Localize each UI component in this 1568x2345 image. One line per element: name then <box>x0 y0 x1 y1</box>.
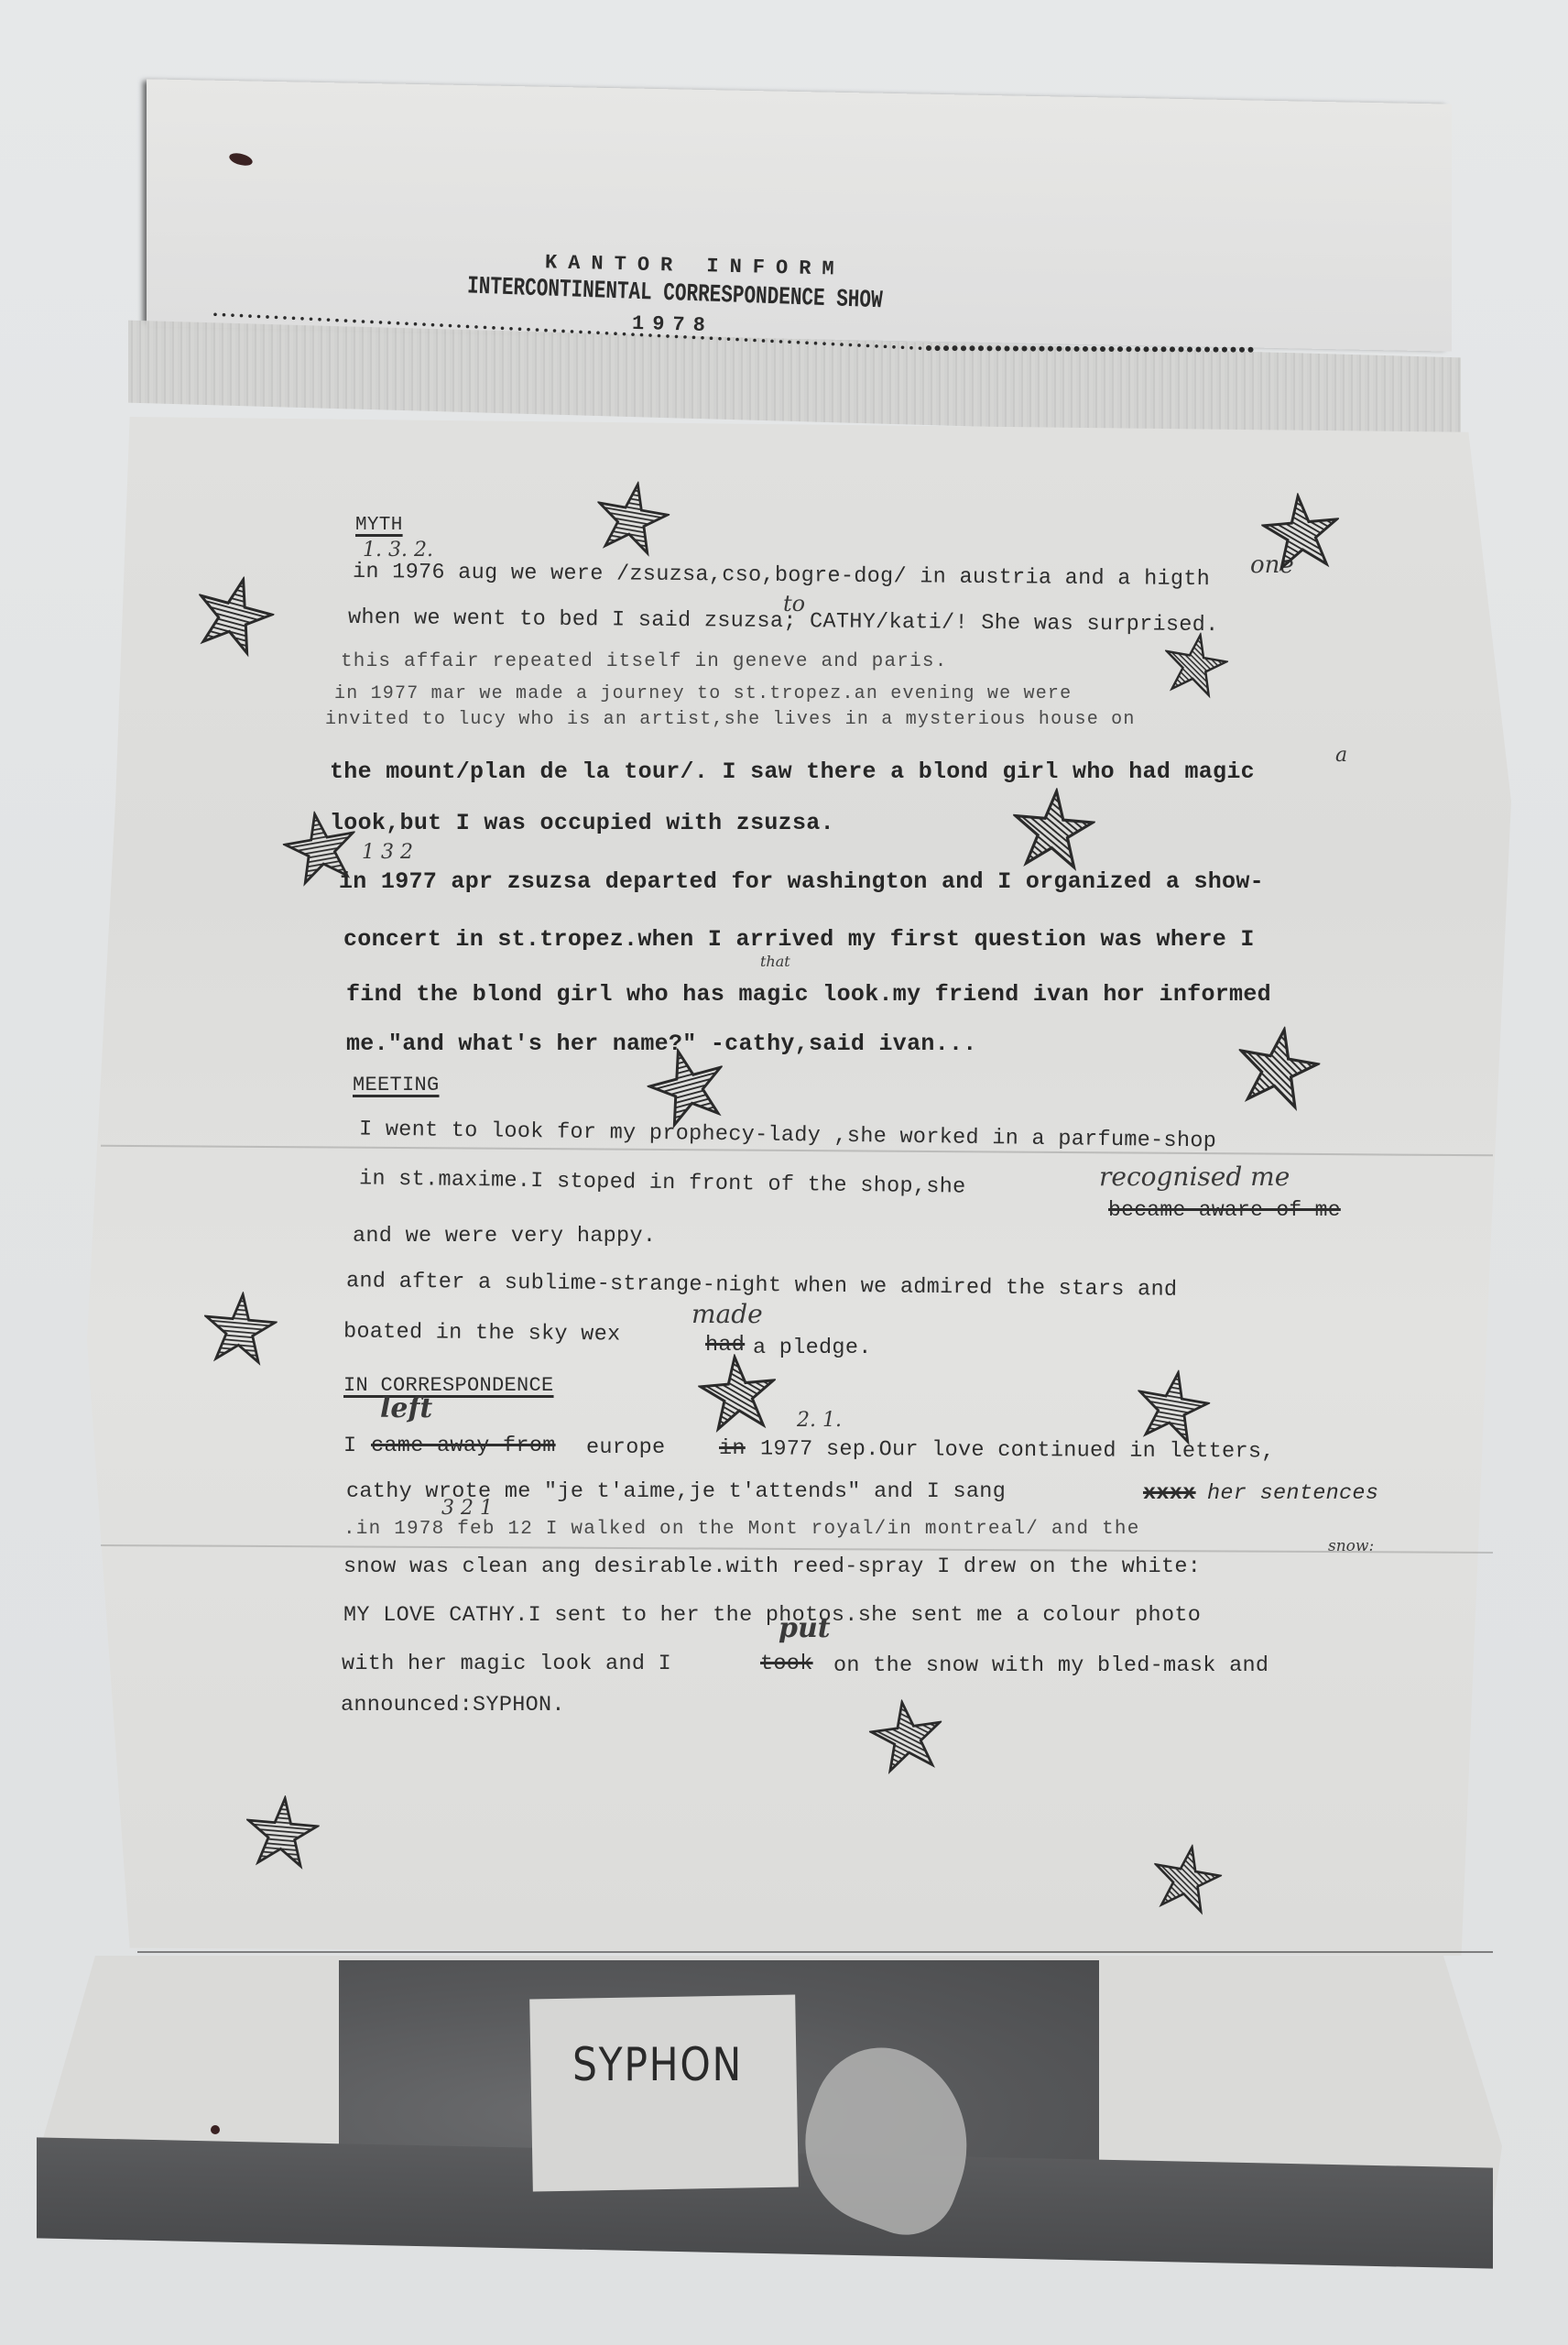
struck-text: in <box>719 1436 746 1461</box>
star-stamp-icon <box>243 1793 322 1872</box>
struck-text: took <box>760 1652 813 1676</box>
section-heading-meeting: MEETING <box>353 1074 440 1096</box>
text-line: in 1977 apr zsuzsa departed for washingt… <box>339 868 1264 895</box>
text-line: on the snow with my bled-mask and <box>833 1653 1269 1678</box>
handwritten-annotation: that <box>760 953 790 970</box>
text-line: .in 1978 feb 12 I walked on the Mont roy… <box>343 1519 1140 1540</box>
margin-numbers: 2. 1. <box>797 1409 842 1432</box>
star-stamp-icon <box>1130 1364 1215 1449</box>
star-stamp-icon <box>1008 784 1098 874</box>
struck-text: became aware of me <box>1108 1198 1341 1222</box>
star-stamp-icon <box>278 805 364 890</box>
handwritten-annotation: recognised me <box>1099 1162 1290 1192</box>
margin-numbers: 3 2 1 <box>441 1497 493 1520</box>
text-line: the mount/plan de la tour/. I saw there … <box>330 758 1255 785</box>
text-line: snow was clean ang desirable.with reed-s… <box>343 1554 1201 1579</box>
photo-sign <box>529 1994 799 2191</box>
fold-crease <box>137 1951 1493 1953</box>
dotted-rule <box>211 307 1264 380</box>
handwritten-annotation: left <box>380 1392 432 1424</box>
text-line: find the blond girl who has magic look.m… <box>346 981 1271 1008</box>
star-stamp-icon <box>1147 1838 1226 1918</box>
text-line: this affair repeated itself in geneve an… <box>341 651 948 672</box>
text-line: europe <box>586 1435 665 1460</box>
handwritten-annotation: put <box>779 1612 831 1644</box>
margin-numbers: 1. 3. 2. <box>363 539 433 562</box>
text-line: look,but I was occupied with zsuzsa. <box>330 810 834 836</box>
text-line: boated in the sky wex <box>343 1319 621 1347</box>
handwritten-annotation: a <box>1335 744 1347 767</box>
handwritten-annotation: snow: <box>1328 1537 1374 1555</box>
text-line-start: I <box>343 1434 356 1458</box>
star-stamp-icon <box>1258 489 1343 573</box>
star-stamp-icon <box>1230 1020 1325 1115</box>
margin-numbers: 1 3 2 <box>362 841 413 864</box>
document-photo: SYPHON KANTOR INFORM INTERCONTINENTAL CO… <box>0 0 1568 2345</box>
section-heading-correspondence: IN CORRESPONDENCE <box>343 1374 554 1397</box>
text-line: announced:SYPHON. <box>341 1693 565 1718</box>
text-line: her sentences <box>1207 1481 1378 1506</box>
text-line: with her magic look and I <box>342 1652 671 1676</box>
star-stamp-icon <box>1158 627 1232 701</box>
star-stamp-icon <box>866 1695 948 1777</box>
text-line: and we were very happy. <box>353 1224 656 1249</box>
section-heading-myth: MYTH <box>355 515 403 536</box>
handwritten-annotation: made <box>691 1299 763 1329</box>
star-stamp-icon <box>201 1289 280 1369</box>
ink-blot <box>211 2125 220 2134</box>
text-line: MY LOVE CATHY.I sent to her the photos.s… <box>343 1603 1201 1628</box>
struck-text: xxxx <box>1143 1481 1196 1506</box>
star-stamp-icon <box>695 1350 779 1434</box>
star-stamp-icon <box>590 475 675 561</box>
photo-sign-text: SYPHON <box>572 2038 743 2091</box>
struck-text: came away from <box>371 1434 556 1458</box>
handwritten-annotation: to <box>783 591 805 616</box>
text-line: concert in st.tropez.when I arrived my f… <box>343 926 1255 953</box>
text-line: in 1977 mar we made a journey to st.trop… <box>334 683 1072 704</box>
text-line: invited to lucy who is an artist,she liv… <box>325 709 1136 730</box>
